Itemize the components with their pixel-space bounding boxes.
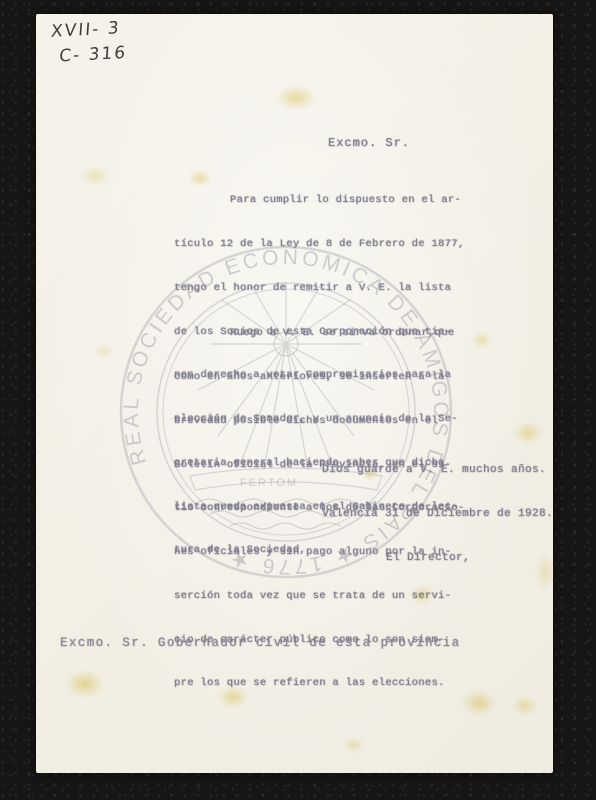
age-stain xyxy=(66,670,104,698)
age-stain xyxy=(512,696,538,716)
letter-line: tengo el honor de remitir a V. E. la lis… xyxy=(174,281,484,296)
letter-line: Ruego a V. E. se sirva ordenar,que xyxy=(174,326,484,341)
letter-line: pre los que se refieren a las elecciones… xyxy=(174,676,484,691)
signature-title: El Director, xyxy=(322,551,553,566)
addressee-line: Excmo. Sr. Gobernador civil de esta prov… xyxy=(60,636,461,650)
letter-line: Para cumplir lo dispuesto en el ar- xyxy=(174,193,484,208)
letter-line: como en años anteriores, se inserten a l… xyxy=(174,370,484,385)
age-stain xyxy=(344,738,364,752)
letter-closing: Dios guarde a V. E. muchos años. Valenci… xyxy=(322,434,553,595)
handwritten-archival-note: XVII- 3 C- 316 xyxy=(48,12,201,70)
age-stain xyxy=(94,344,114,358)
age-stain xyxy=(80,166,110,186)
letter-line: tículo 12 de la Ley de 8 de Febrero de 1… xyxy=(174,237,484,252)
age-stain xyxy=(276,86,316,110)
valediction: Dios guarde a V. E. muchos años. xyxy=(322,463,553,478)
letter-line: brevedad posible dichos documentos en el xyxy=(174,414,484,429)
place-and-date: Valencia 31 de Diciembre de 1928. xyxy=(322,507,553,522)
salutation: Excmo. Sr. xyxy=(328,136,410,150)
photo-dark-background: FERTOM REAL SOCIEDAD ECONOMICA DE AMIGOS… xyxy=(0,0,596,800)
